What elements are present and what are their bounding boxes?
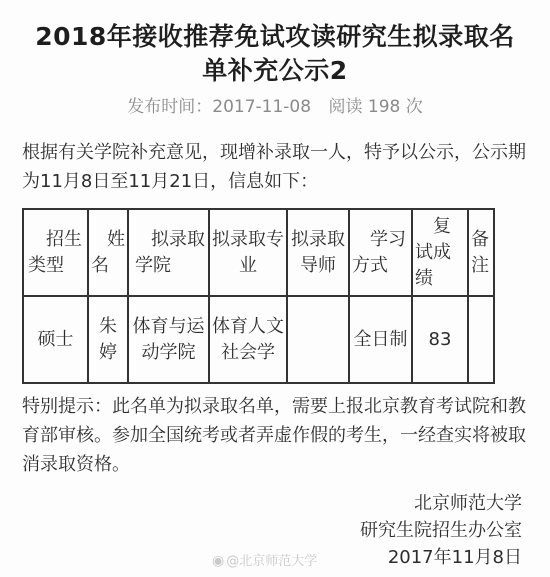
title-line-2: 单补充公示2 [0,54,550,88]
cell-type: 硕士 [23,296,88,383]
publish-time: 发布时间：2017-11-08 [127,97,311,117]
watermark-text: @北京师范大学 [226,554,317,569]
cell-remark [468,296,494,383]
header-remark: 备注 [468,209,494,296]
header-advisor: 拟录取导师 [287,209,349,296]
weibo-logo-icon: ◉ [212,553,224,569]
table-header-row: 招生类型 姓名 拟录取学院 拟录取专业 拟录取导师 学习方式 复试成绩 备注 [23,209,494,296]
header-score: 复试成绩 [412,209,468,296]
cell-study-mode: 全日制 [349,296,412,383]
signature-date: 2017年11月8日 [360,544,522,571]
weibo-watermark: ◉@北京师范大学 [212,553,317,570]
read-count: 阅读 198 次 [328,97,422,117]
page-title: 2018年接收推荐免试攻读研究生拟录取名 单补充公示2 [0,20,550,88]
signature-org: 北京师范大学 [360,490,522,517]
cell-advisor [287,296,349,383]
cell-name: 朱婷 [88,296,128,383]
header-name: 姓名 [88,209,128,296]
signature-office: 研究生院招生办公室 [360,517,522,544]
signature-block: 北京师范大学 研究生院招生办公室 2017年11月8日 [360,490,522,571]
admission-table: 招生类型 姓名 拟录取学院 拟录取专业 拟录取导师 学习方式 复试成绩 备注 硕… [22,208,495,384]
header-college: 拟录取学院 [128,209,209,296]
intro-paragraph: 根据有关学院补充意见，现增补录取一人，特予以公示，公示期为11月8日至11月21… [22,138,532,196]
header-major: 拟录取专业 [209,209,287,296]
cell-college: 体育与运动学院 [128,296,209,383]
title-line-1: 2018年接收推荐免试攻读研究生拟录取名 [0,20,550,54]
header-type: 招生类型 [23,209,88,296]
cell-score: 83 [412,296,468,383]
cell-major: 体育人文社会学 [209,296,287,383]
table-row: 硕士 朱婷 体育与运动学院 体育人文社会学 全日制 83 [23,296,494,383]
special-notice: 特别提示：此名单为拟录取名单，需要上报北京教育考试院和教育部审核。参加全国统考或… [22,392,532,479]
article-meta: 发布时间：2017-11-08 阅读 198 次 [0,96,550,118]
header-study-mode: 学习方式 [349,209,412,296]
